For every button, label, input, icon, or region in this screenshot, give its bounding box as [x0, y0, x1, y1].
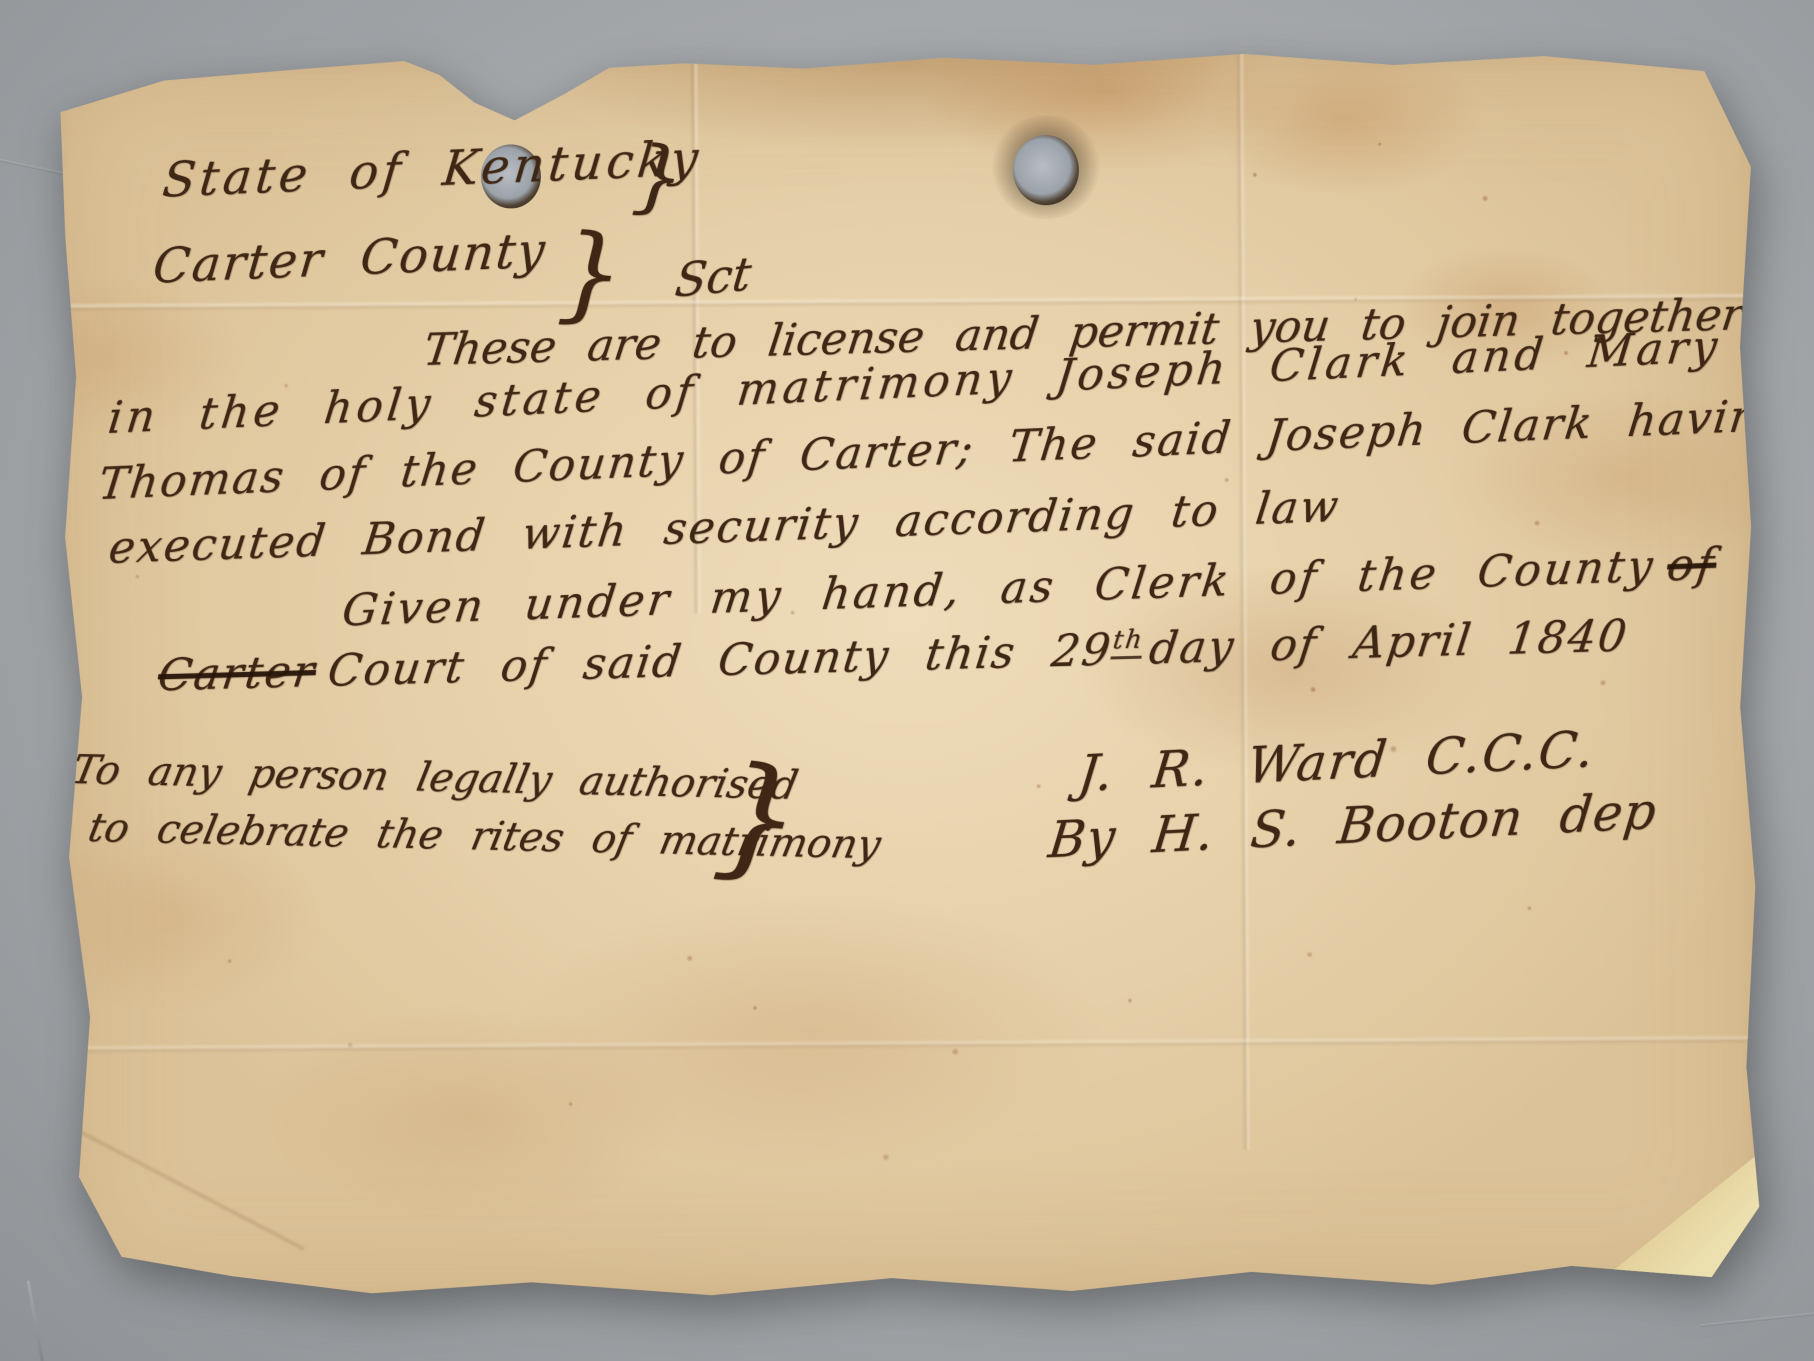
- fold-crease-diagonal: [37, 1107, 306, 1252]
- ordinal-suffix: th: [1111, 625, 1146, 660]
- header-brace-large: }: [555, 210, 627, 335]
- addressee-brace: }: [708, 736, 809, 899]
- county-line: Carter County: [151, 222, 549, 294]
- surface-seam: [1700, 1312, 1814, 1328]
- state-line: State of Kentucky: [160, 130, 704, 208]
- document-paper: State of Kentucky Carter County } } Sct …: [44, 47, 1768, 1313]
- fold-crease-horizontal: [50, 1035, 1766, 1053]
- surface-seam: [27, 1280, 45, 1361]
- header-brace-small: }: [629, 128, 687, 225]
- paper-sheet: State of Kentucky Carter County } } Sct …: [44, 47, 1768, 1313]
- folded-corner: [1571, 1137, 1768, 1304]
- addressee-line-1: To any person legally authorised: [68, 747, 802, 809]
- body-line-6-struck-word: Carter: [155, 646, 319, 701]
- photo-background: State of Kentucky Carter County } } Sct …: [0, 0, 1814, 1361]
- body-line-6-text-a: Court of said County this 29: [325, 624, 1115, 696]
- body-line-5-struck-word: of: [1664, 539, 1719, 592]
- punch-hole: [1013, 135, 1079, 205]
- body-line-6-text-b: day of April 1840: [1146, 610, 1631, 674]
- sct-abbreviation: Sct: [672, 246, 754, 308]
